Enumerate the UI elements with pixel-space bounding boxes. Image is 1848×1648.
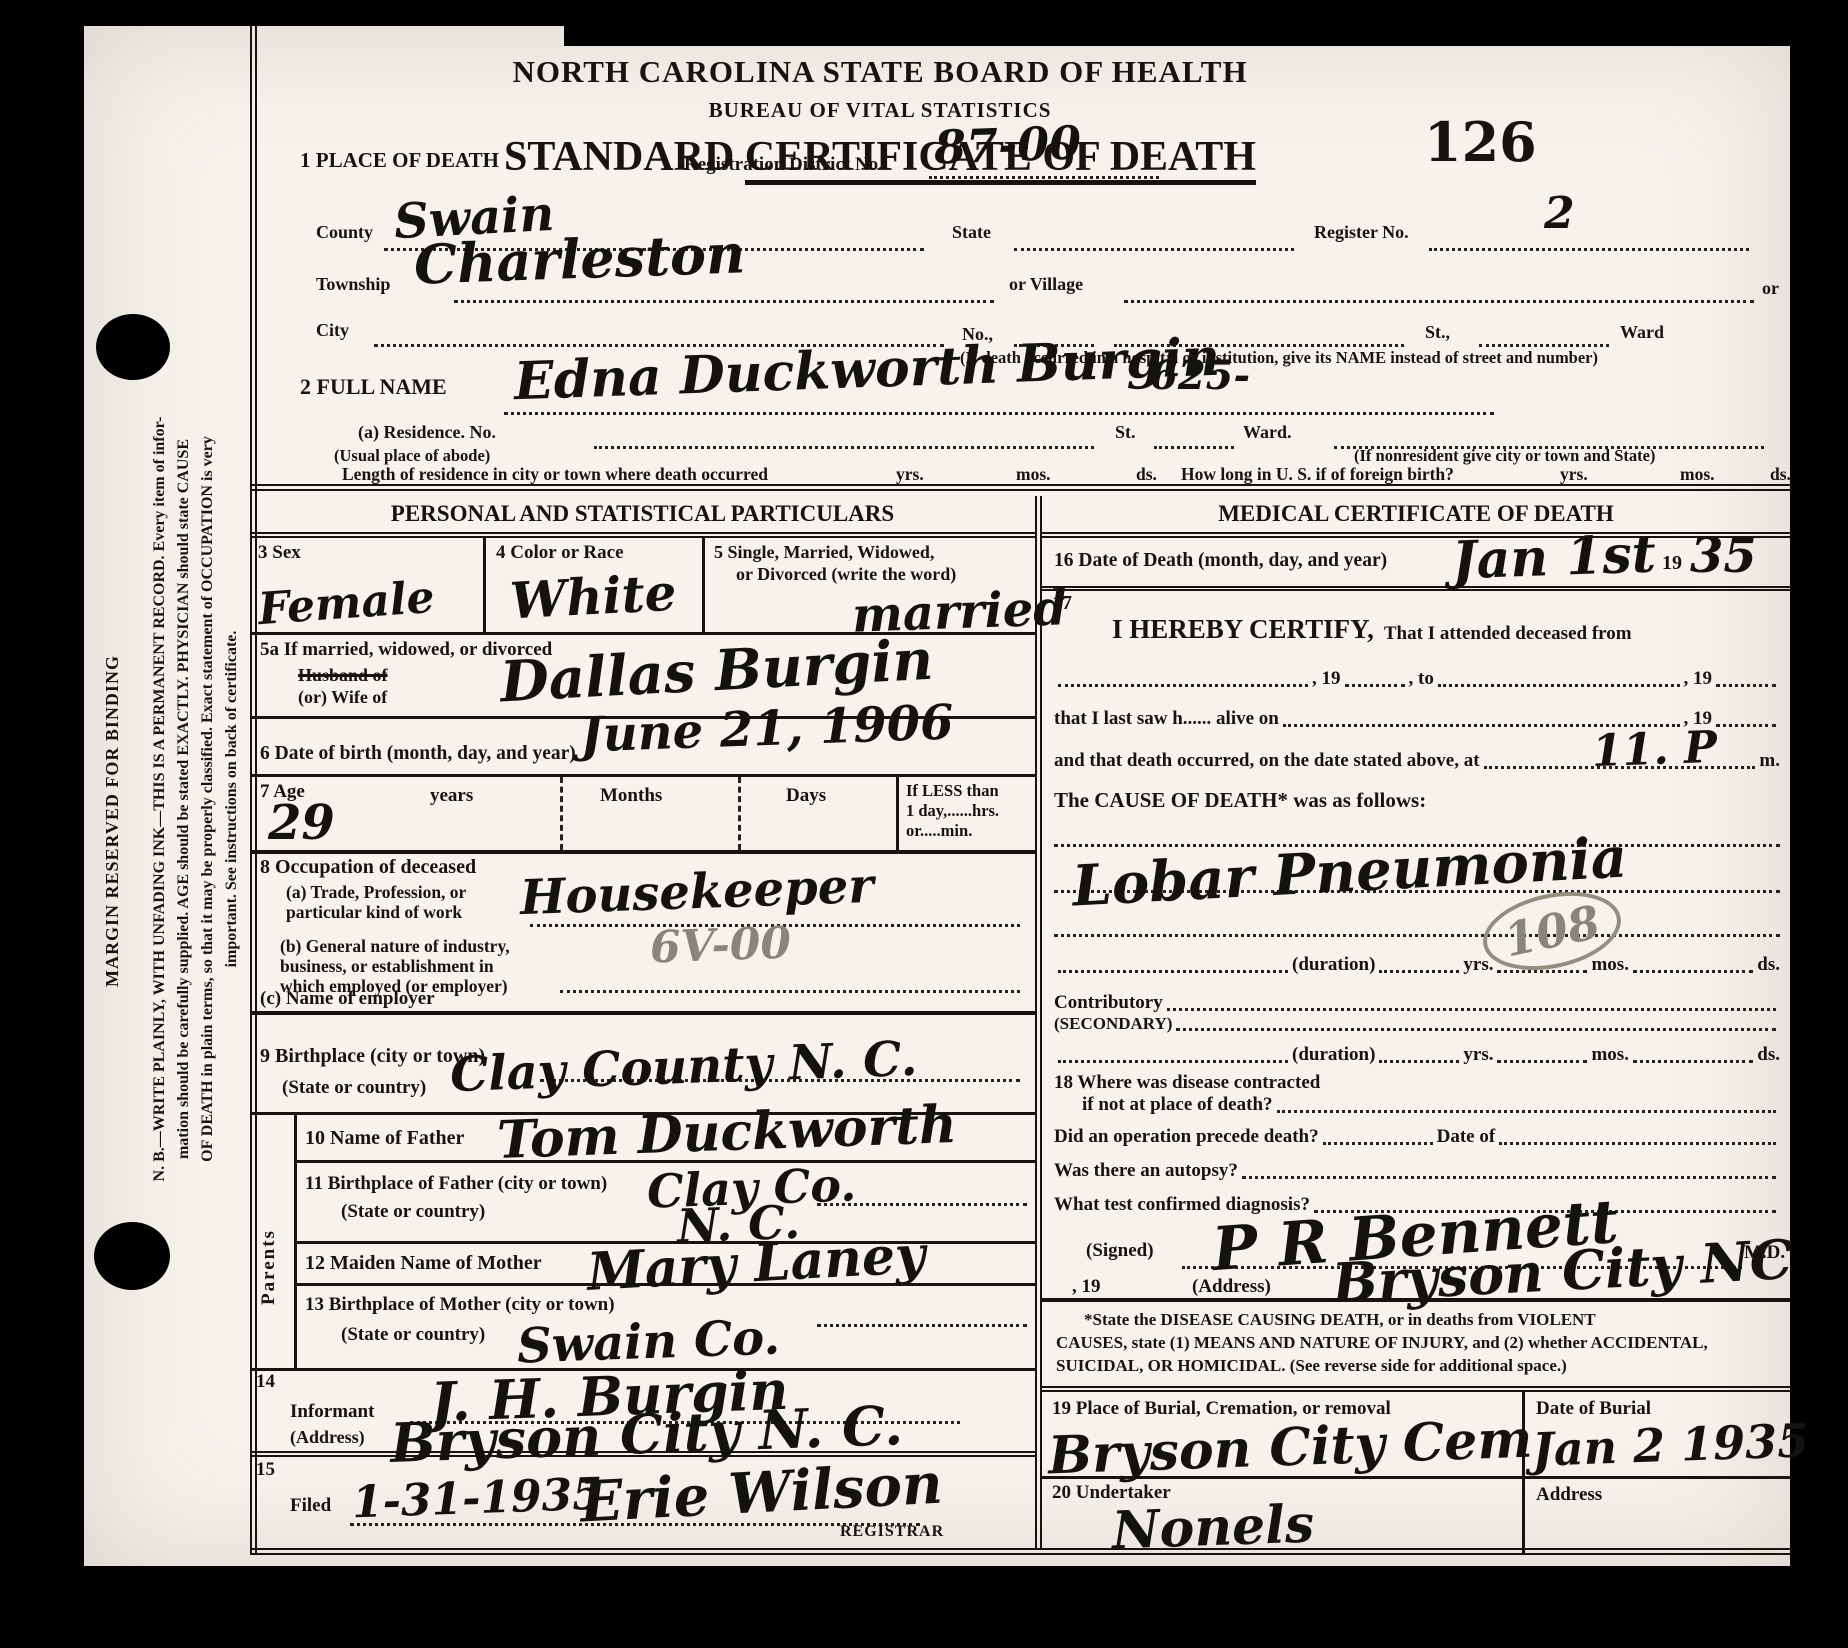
sex-value: Female xyxy=(257,576,436,632)
dotted-line xyxy=(594,442,1094,449)
death-date-year: 35 xyxy=(1690,532,1757,580)
mother-birthplace-label: 13 Birthplace of Mother (city or town) xyxy=(305,1294,615,1316)
father-name-row: 10 Name of Father Tom Duckworth xyxy=(297,1115,1035,1163)
burial-block: 19 Place of Burial, Cremation, or remova… xyxy=(1042,1386,1790,1554)
disease-contracted-label: 18 Where was disease contracted xyxy=(1054,1072,1320,1094)
binding-margin-label: MARGIN RESERVED FOR BINDING xyxy=(102,496,123,1146)
medical-section: MEDICAL CERTIFICATE OF DEATH 16 Date of … xyxy=(1035,496,1797,1548)
medical-title-row: MEDICAL CERTIFICATE OF DEATH xyxy=(1042,496,1790,538)
contributory-line: Contributory xyxy=(1054,992,1780,1014)
age-row: 7 Age 29 years Months Days If LESS than … xyxy=(250,777,1035,854)
duration-label: (duration) xyxy=(1292,1044,1375,1066)
label-to: , to xyxy=(1409,668,1434,690)
dotted-line xyxy=(1429,244,1749,251)
registrar-label: REGISTRAR xyxy=(840,1523,944,1541)
informant-row: 14 Informant J. H. Burgin (Address) Brys… xyxy=(250,1371,1035,1457)
death-time-value: 11. P xyxy=(1591,726,1717,774)
dotted-line xyxy=(1154,442,1234,449)
husband-of-label: Husband of xyxy=(298,665,388,686)
bottom-rule xyxy=(250,1548,1790,1555)
ds-label: ds. xyxy=(1136,464,1157,485)
margin-note-line: OF DEATH in plain terms, so that it may … xyxy=(196,84,220,1514)
duration-line-2: (duration)yrs.mos.ds. xyxy=(1054,1044,1780,1066)
filed-date-value: 1-31-1935 xyxy=(351,1473,603,1526)
autopsy-label: Was there an autopsy? xyxy=(1054,1160,1238,1182)
mos-label: mos. xyxy=(1016,464,1051,485)
burial-date-value: Jan 2 1935 xyxy=(1531,1417,1810,1473)
death-occurred-label: and that death occurred, on the date sta… xyxy=(1054,750,1480,772)
informant-number: 14 xyxy=(256,1371,275,1393)
margin-note: N. B.—WRITE PLAINLY, WITH UNFADING INK—T… xyxy=(148,84,244,1514)
filed-number: 15 xyxy=(256,1459,275,1481)
parents-label: Parents xyxy=(258,1229,280,1305)
contributory-label: Contributory xyxy=(1054,992,1163,1014)
ds-label: ds. xyxy=(1757,954,1780,976)
date-of-label: Date of xyxy=(1437,1126,1496,1148)
marital-label: 5 Single, Married, Widowed, xyxy=(714,542,934,563)
secondary-line: (SECONDARY) xyxy=(1054,1014,1780,1034)
scan-black-band xyxy=(564,26,1790,46)
operation-label: Did an operation precede death? xyxy=(1054,1126,1319,1148)
yrs-label: yrs. xyxy=(896,464,924,485)
board-title: NORTH CAROLINA STATE BOARD OF HEALTH xyxy=(250,54,1510,90)
cell-divider xyxy=(560,777,563,850)
secondary-label: (SECONDARY) xyxy=(1054,1014,1172,1034)
father-birthplace-row: 11 Birthplace of Father (city or town) (… xyxy=(297,1163,1035,1244)
yrs-label: yrs. xyxy=(1560,464,1588,485)
cause-footnote: *State the DISEASE CAUSING DEATH, or in … xyxy=(1056,1308,1782,1377)
occupation-label: 8 Occupation of deceased xyxy=(260,856,476,879)
birth-date-label: 6 Date of birth (month, day, and year) xyxy=(260,743,576,765)
death-date-row: 16 Date of Death (month, day, and year) … xyxy=(1042,538,1790,591)
ward-label: Ward xyxy=(1620,322,1664,343)
footnote-line: CAUSES, state (1) MEANS AND NATURE OF IN… xyxy=(1056,1331,1782,1354)
operation-line: Did an operation precede death?Date of xyxy=(1054,1126,1780,1148)
informant-address-label: (Address) xyxy=(290,1427,365,1448)
abode-note: (Usual place of abode) xyxy=(334,446,490,466)
less-than-label: If LESS than xyxy=(906,781,999,801)
register-no-label: Register No. xyxy=(1314,222,1409,243)
street-label: St., xyxy=(1425,322,1450,343)
howlong-label: How long in U. S. if of foreign birth? xyxy=(1181,464,1454,485)
mos-label: mos. xyxy=(1591,1044,1628,1066)
mother-birthplace-sub: (State or country) xyxy=(341,1324,485,1346)
registration-district-label: Registration District No. xyxy=(684,154,883,176)
city-label: City xyxy=(316,320,349,341)
parents-strip: Parents xyxy=(250,1115,297,1368)
birthplace-sub-label: (State or country) xyxy=(282,1077,426,1099)
duration-label: (duration) xyxy=(1292,954,1375,976)
father-name-value: Tom Duckworth xyxy=(496,1099,957,1167)
wife-of-label: (or) Wife of xyxy=(298,687,387,708)
dotted-line xyxy=(817,1320,1027,1327)
race-value: White xyxy=(509,568,678,627)
registrar-signature: Erie Wilson xyxy=(579,1456,944,1531)
certificate-number-stamp: 126 xyxy=(1424,110,1537,174)
residence-label: (a) Residence. No. xyxy=(358,422,496,443)
township-label: Township xyxy=(316,274,390,295)
occupation-a-label: particular kind of work xyxy=(286,902,462,923)
register-no-value: 2 xyxy=(1544,192,1575,236)
bureau-title: BUREAU OF VITAL STATISTICS xyxy=(250,98,1510,123)
village-label: or Village xyxy=(1009,274,1083,295)
certify-line: I HEREBY CERTIFY, That I attended deceas… xyxy=(1112,614,1780,645)
occupation-a-label: (a) Trade, Profession, or xyxy=(286,882,466,903)
occupation-b-label: business, or establishment in xyxy=(280,956,494,977)
length-residence-label: Length of residence in city or town wher… xyxy=(342,464,768,485)
dotted-line xyxy=(1054,930,1780,937)
cause-of-death-label: The CAUSE OF DEATH* was as follows: xyxy=(1054,788,1426,813)
birth-date-row: 6 Date of birth (month, day, and year) J… xyxy=(250,719,1035,777)
undertaker-address-label: Address xyxy=(1536,1484,1602,1506)
undertaker-value: Nonels xyxy=(1111,1498,1315,1557)
place-of-death-label: 1 PLACE OF DEATH xyxy=(300,148,499,173)
marital-label: or Divorced (write the word) xyxy=(736,564,956,585)
section-divider xyxy=(250,484,1790,491)
personal-title-row: PERSONAL AND STATISTICAL PARTICULARS xyxy=(250,496,1035,538)
burial-date-label: Date of Burial xyxy=(1536,1398,1651,1420)
last-saw-label: that I last saw h...... alive on xyxy=(1054,708,1279,730)
certify-bold: I HEREBY CERTIFY, xyxy=(1112,614,1374,645)
footnote-line: SUICIDAL, OR HOMICIDAL. (See reverse sid… xyxy=(1056,1354,1782,1377)
personal-section: PERSONAL AND STATISTICAL PARTICULARS 3 S… xyxy=(250,496,1035,1548)
less-than-label: or.....min. xyxy=(906,821,972,841)
address-19-label: , 19 xyxy=(1072,1276,1101,1298)
full-name-label: 2 FULL NAME xyxy=(300,374,447,400)
less-than-label: 1 day,......hrs. xyxy=(906,801,999,821)
state-label: State xyxy=(952,222,991,243)
filed-label: Filed xyxy=(290,1495,331,1517)
father-birthplace-label: 11 Birthplace of Father (city or town) xyxy=(305,1173,607,1195)
county-label: County xyxy=(316,222,373,243)
label-19: , 19 xyxy=(1684,668,1713,690)
margin-note-line: mation should be carefully supplied. AGE… xyxy=(172,84,196,1514)
informant-label: Informant xyxy=(290,1401,374,1423)
residence-ward-label: Ward. xyxy=(1243,422,1292,443)
mother-name-row: 12 Maiden Name of Mother Mary Laney xyxy=(297,1244,1035,1286)
dotted-line xyxy=(560,986,1020,993)
label-m: m. xyxy=(1759,750,1780,772)
label-19: , 19 xyxy=(1312,668,1341,690)
registration-district-value: 87-00 xyxy=(933,119,1082,170)
autopsy-line: Was there an autopsy? xyxy=(1054,1160,1780,1182)
or-suffix: or xyxy=(1762,278,1779,299)
margin-note-line: N. B.—WRITE PLAINLY, WITH UNFADING INK—T… xyxy=(148,84,172,1514)
occupation-b-label: (b) General nature of industry, xyxy=(280,936,510,957)
race-cell: 4 Color or Race White xyxy=(486,538,705,635)
death-date-19: 19 xyxy=(1662,552,1682,575)
sex-cell: 3 Sex Female xyxy=(250,538,486,635)
father-birthplace-sub: (State or country) xyxy=(341,1201,485,1223)
yrs-label: yrs. xyxy=(1463,1044,1493,1066)
margin-note-line: important. See instructions on back of c… xyxy=(220,84,244,1514)
birth-date-value: June 21, 1906 xyxy=(579,698,954,759)
burial-place-value: Bryson City Cem xyxy=(1047,1414,1533,1483)
death-date-value: Jan 1st xyxy=(1451,528,1656,587)
filed-row: 15 Filed 1-31-1935 Erie Wilson REGISTRAR xyxy=(250,1457,1035,1548)
age-value: 29 xyxy=(268,799,335,847)
occupation-row: 8 Occupation of deceased (a) Trade, Prof… xyxy=(250,854,1035,1015)
dotted-line xyxy=(454,296,994,303)
dotted-line xyxy=(504,408,1494,415)
personal-title: PERSONAL AND STATISTICAL PARTICULARS xyxy=(391,501,894,526)
race-label: 4 Color or Race xyxy=(496,542,624,564)
mos-label: mos. xyxy=(1591,954,1628,976)
ds-label: ds. xyxy=(1770,464,1791,485)
yrs-label: yrs. xyxy=(1463,954,1493,976)
township-value: Charleston xyxy=(413,226,746,292)
birthplace-value: Clay County N. C. xyxy=(449,1035,918,1099)
occupation-a-value: Housekeeper xyxy=(519,862,874,922)
informant-address-value: Bryson City N. C. xyxy=(389,1398,903,1470)
duration-line: (duration)yrs.mos.ds. xyxy=(1054,954,1780,976)
mother-name-label: 12 Maiden Name of Mother xyxy=(305,1252,542,1275)
certify-rest: That I attended deceased from xyxy=(1384,623,1632,645)
age-days-label: Days xyxy=(786,785,826,807)
occupation-c-label: (c) Name of employer xyxy=(260,988,435,1010)
medical-title: MEDICAL CERTIFICATE OF DEATH xyxy=(1218,501,1614,526)
age-months-label: Months xyxy=(600,785,662,807)
ds-label: ds. xyxy=(1757,1044,1780,1066)
age-years-label: years xyxy=(430,785,473,807)
mos-label: mos. xyxy=(1680,464,1715,485)
cell-divider xyxy=(738,777,741,850)
father-name-label: 10 Name of Father xyxy=(305,1127,464,1150)
marital-cell: 5 Single, Married, Widowed, or Divorced … xyxy=(702,538,1035,635)
disease-contracted-line2: if not at place of death? xyxy=(1082,1094,1780,1116)
footnote-line: *State the DISEASE CAUSING DEATH, or in … xyxy=(1056,1308,1782,1331)
nonresident-note: (If nonresident give city or town and St… xyxy=(1354,446,1655,466)
attended-dates-line: , 19, to, 19 xyxy=(1054,668,1780,690)
disease-contracted-sub: if not at place of death? xyxy=(1082,1094,1273,1116)
dotted-line xyxy=(1124,296,1754,303)
parents-block: Parents 10 Name of Father Tom Duckworth … xyxy=(250,1115,1035,1371)
certificate-scan: MARGIN RESERVED FOR BINDING N. B.—WRITE … xyxy=(84,26,1790,1566)
signed-label: (Signed) xyxy=(1086,1240,1154,1262)
sex-label: 3 Sex xyxy=(258,542,301,564)
death-date-label: 16 Date of Death (month, day, and year) xyxy=(1054,550,1387,572)
house-number-value: 625- xyxy=(1150,356,1250,396)
dotted-line xyxy=(1479,340,1609,347)
residence-street-label: St. xyxy=(1115,422,1136,443)
cell-divider xyxy=(896,777,899,850)
occupation-b-value: 6V-00 xyxy=(649,922,791,971)
dotted-line xyxy=(1014,244,1294,251)
